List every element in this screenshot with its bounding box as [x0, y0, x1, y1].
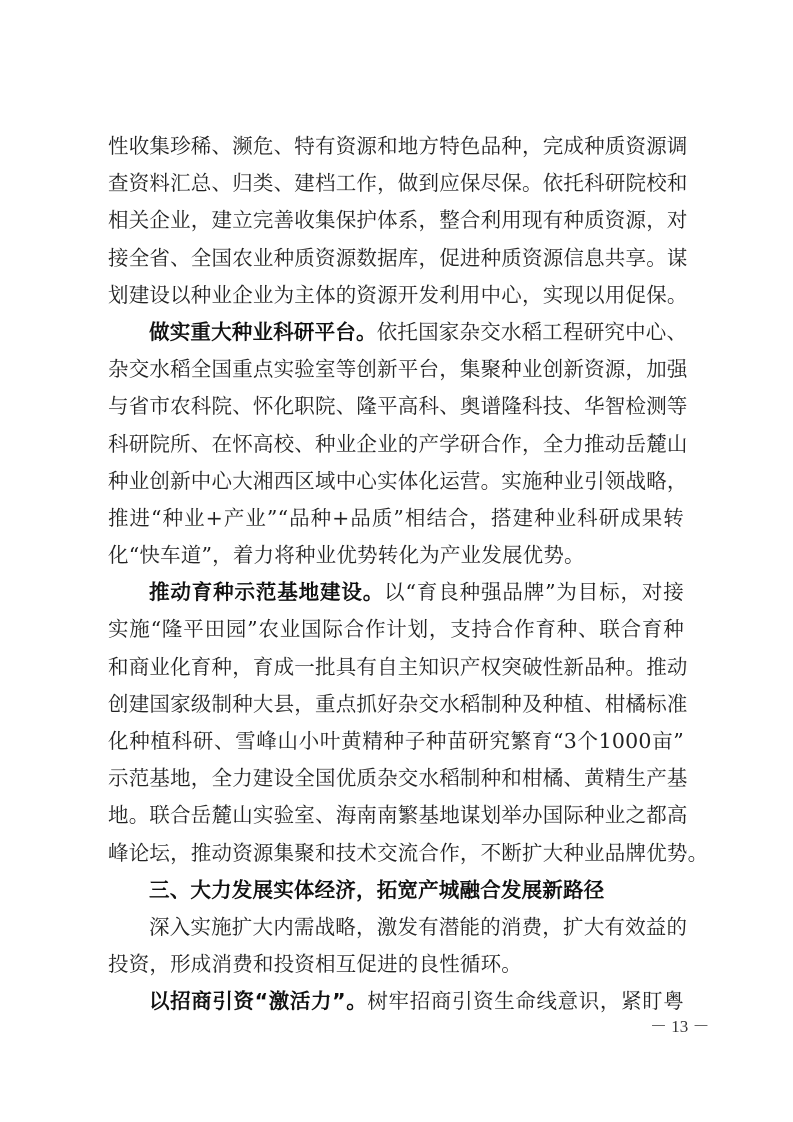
paragraph-text: 以“育良种强品牌”为目标，对接 — [384, 580, 684, 604]
text-line: 投资，形成消费和投资相互促进的良性循环。 — [108, 946, 684, 983]
paragraph-domestic-demand: 深入实施扩大内需战略，激发有潜能的消费，扩大有效益的 投资，形成消费和投资相互促… — [108, 909, 684, 983]
text-line: 划建设以种业企业为主体的资源开发利用中心，实现以用促保。 — [108, 277, 684, 314]
text-line: 和商业化育种，育成一批具有自主知识产权突破性新品种。推动 — [108, 649, 684, 686]
text-line: 实施“隆平田园”农业国际合作计划，支持合作育种、联合育种 — [108, 611, 684, 648]
text-line: 化“快车道”，着力将种业优势转化为产业发展优势。 — [108, 537, 684, 574]
paragraph-research-platform: 做实重大种业科研平台。依托国家杂交水稻工程研究中心、 杂交水稻全国重点实验室等创… — [108, 314, 684, 574]
text-line: 创建国家级制种大县，重点抓好杂交水稻制种及种植、柑橘标准 — [108, 686, 684, 723]
text-line: 杂交水稻全国重点实验室等创新平台，集聚种业创新资源，加强 — [108, 351, 684, 388]
paragraph-investment: 以招商引资“激活力”。树牢招商引资生命线意识，紧盯粤 — [108, 983, 684, 1020]
text-line: 深入实施扩大内需战略，激发有潜能的消费，扩大有效益的 — [108, 909, 684, 946]
text-line: 做实重大种业科研平台。依托国家杂交水稻工程研究中心、 — [108, 314, 684, 351]
text-line: 以招商引资“激活力”。树牢招商引资生命线意识，紧盯粤 — [108, 983, 684, 1020]
document-page: 性收集珍稀、濒危、特有资源和地方特色品种，完成种质资源调 查资料汇总、归类、建档… — [0, 0, 793, 1122]
text-line: 峰论坛，推动资源集聚和技术交流合作，不断扩大种业品牌优势。 — [108, 835, 684, 872]
text-line: 化种植科研、雪峰山小叶黄精种子种苗研究繁育“3个1000亩” — [108, 723, 684, 760]
text-line: 相关企业，建立完善收集保护体系，整合利用现有种质资源，对 — [108, 202, 684, 239]
paragraph-text: 树牢招商引资生命线意识，紧盯粤 — [367, 989, 684, 1013]
text-line: 推进“种业+产业”“品种+品质”相结合，搭建种业科研成果转 — [108, 500, 684, 537]
document-body: 性收集珍稀、濒危、特有资源和地方特色品种，完成种质资源调 查资料汇总、归类、建档… — [108, 128, 684, 1021]
text-line: 接全省、全国农业种质资源数据库，促进种质资源信息共享。谋 — [108, 240, 684, 277]
paragraph-lead-heading: 做实重大种业科研平台。 — [149, 320, 377, 344]
paragraph-text: 依托国家杂交水稻工程研究中心、 — [377, 320, 688, 344]
text-line: 性收集珍稀、濒危、特有资源和地方特色品种，完成种质资源调 — [108, 128, 684, 165]
page-number: － 13 － — [650, 1012, 710, 1037]
text-line: 地。联合岳麓山实验室、海南南繁基地谋划举办国际种业之都高 — [108, 797, 684, 834]
paragraph-lead-heading: 以招商引资“激活力”。 — [149, 989, 367, 1013]
section-heading: 三、大力发展实体经济，拓宽产城融合发展新路径 — [108, 872, 684, 909]
paragraph-germplasm-collection: 性收集珍稀、濒危、特有资源和地方特色品种，完成种质资源调 查资料汇总、归类、建档… — [108, 128, 684, 314]
text-line: 推动育种示范基地建设。以“育良种强品牌”为目标，对接 — [108, 574, 684, 611]
text-line: 示范基地，全力建设全国优质杂交水稻制种和柑橘、黄精生产基 — [108, 760, 684, 797]
text-line: 科研院所、在怀高校、种业企业的产学研合作，全力推动岳麓山 — [108, 426, 684, 463]
text-line: 种业创新中心大湘西区域中心实体化运营。实施种业引领战略， — [108, 463, 684, 500]
text-line: 与省市农科院、怀化职院、隆平高科、奥谱隆科技、华智检测等 — [108, 388, 684, 425]
paragraph-breeding-base: 推动育种示范基地建设。以“育良种强品牌”为目标，对接 实施“隆平田园”农业国际合… — [108, 574, 684, 872]
paragraph-lead-heading: 推动育种示范基地建设。 — [149, 580, 384, 604]
text-line: 查资料汇总、归类、建档工作，做到应保尽保。依托科研院校和 — [108, 165, 684, 202]
